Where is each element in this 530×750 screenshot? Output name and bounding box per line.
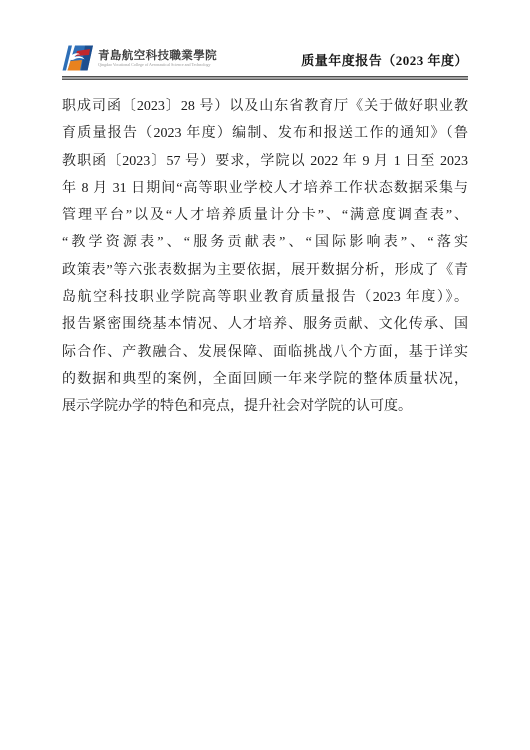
document-page: 青島航空科技職業學院 Qingdao Vocational College of… bbox=[0, 0, 530, 750]
paragraph-line: 报告紧密围绕基本情况、人才培养、服务贡献、文化传承、国 bbox=[62, 311, 468, 338]
paragraph-line: 展示学院办学的特色和亮点，提升社会对学院的认可度。 bbox=[62, 393, 468, 420]
report-title: 质量年度报告（2023 年度） bbox=[301, 50, 468, 71]
paragraph-line: 职成司函〔2023〕28 号）以及山东省教育厅《关于做好职业教 bbox=[62, 93, 468, 120]
paragraph-line: 岛航空科技职业学院高等职业教育质量报告（2023 年度）》。 bbox=[62, 284, 468, 311]
paragraph-line: 教职函〔2023〕57 号）要求，学院以 2022 年 9 月 1 日至 202… bbox=[62, 148, 468, 175]
paragraph-line: 年 8 月 31 日期间“高等职业学校人才培养工作状态数据采集与 bbox=[62, 175, 468, 202]
page-header: 青島航空科技職業學院 Qingdao Vocational College of… bbox=[62, 44, 468, 80]
paragraph-line: 管理平台”以及“人才培养质量计分卡”、“满意度调查表”、 bbox=[62, 202, 468, 229]
college-brand: 青島航空科技職業學院 Qingdao Vocational College of… bbox=[62, 45, 292, 71]
college-logo-icon bbox=[62, 45, 93, 71]
paragraph-line: 政策表”等六张表数据为主要依据，展开数据分析，形成了《青 bbox=[62, 257, 468, 284]
header-rule bbox=[62, 76, 468, 80]
college-name-block: 青島航空科技職業學院 Qingdao Vocational College of… bbox=[98, 47, 292, 69]
paragraph-line: 际合作、产教融合、发展保障、面临挑战八个方面，基于详实 bbox=[62, 339, 468, 366]
paragraph-line: 的数据和典型的案例，全面回顾一年来学院的整体质量状况， bbox=[62, 366, 468, 393]
college-name: 青島航空科技職業學院 bbox=[98, 47, 292, 63]
college-name-english: Qingdao Vocational College of Aeronautic… bbox=[98, 63, 292, 66]
paragraph-line: “教学资源表”、“服务贡献表”、“国际影响表”、“落实 bbox=[62, 229, 468, 256]
header-row: 青島航空科技職業學院 Qingdao Vocational College of… bbox=[62, 44, 468, 71]
paragraph-line: 育质量报告（2023 年度）编制、发布和报送工作的通知》（鲁 bbox=[62, 120, 468, 147]
body-paragraph: 职成司函〔2023〕28 号）以及山东省教育厅《关于做好职业教 育质量报告（20… bbox=[62, 93, 468, 421]
